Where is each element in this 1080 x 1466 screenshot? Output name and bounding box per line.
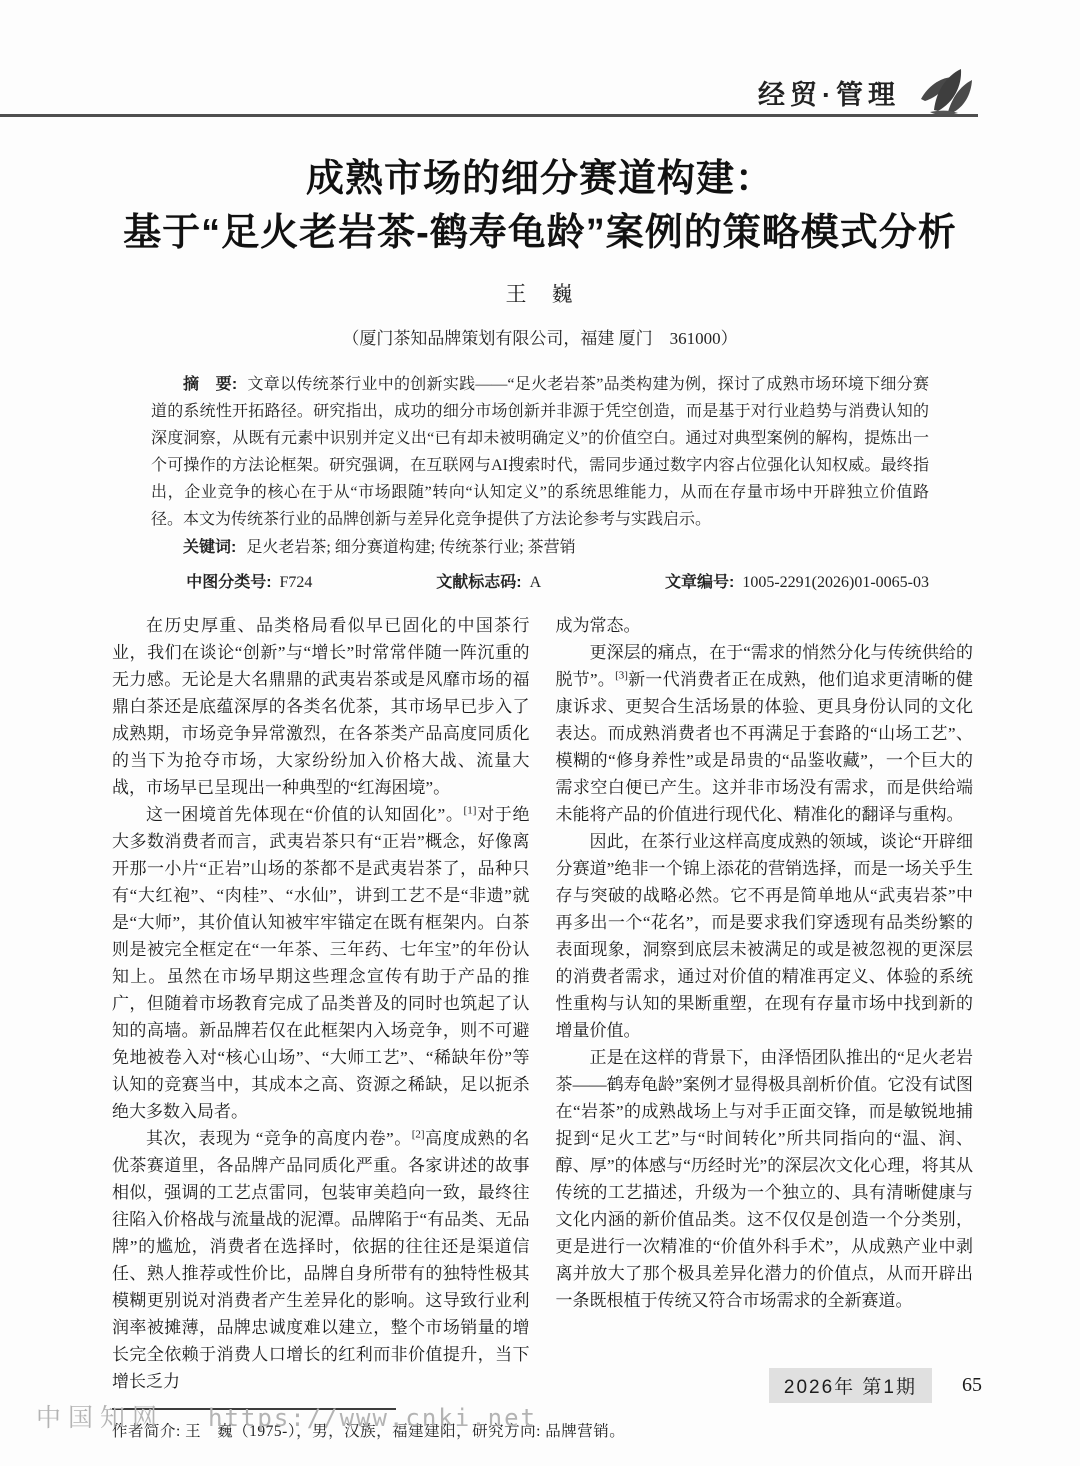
abstract: 摘 要:文章以传统茶行业中的创新实践——“足火老岩茶”品类构建为例，探讨了成熟市…: [151, 371, 929, 533]
issue-badge: 2026年 第1期: [769, 1368, 932, 1403]
citation-ref: [2]: [412, 1128, 425, 1140]
abstract-block: 摘 要:文章以传统茶行业中的创新实践——“足火老岩茶”品类构建为例，探讨了成熟市…: [151, 371, 929, 596]
document-code: 文献标志码:A: [436, 569, 541, 596]
tea-leaf-icon: [918, 66, 980, 118]
affiliation: （厦门茶知品牌策划有限公司，福建 厦门 361000）: [0, 324, 1080, 349]
body-paragraph: 这一困境首先体现在“价值的认知固化”。[1]对于绝大多数消费者而言，武夷岩茶只有…: [112, 801, 530, 1125]
title-line-2: 基于“足火老岩茶-鹤寿龟龄”案例的策略模式分析: [0, 206, 1080, 260]
citation-ref: [1]: [464, 804, 477, 816]
title-line-1: 成熟市场的细分赛道构建：: [0, 152, 1080, 206]
page-header: 经贸·管理: [758, 66, 980, 118]
article-body: 在历史厚重、品类格局看似早已固化的中国茶行业，我们在谈论“创新”与“增长”时常常…: [112, 612, 973, 1395]
body-column-left: 在历史厚重、品类格局看似早已固化的中国茶行业，我们在谈论“创新”与“增长”时常常…: [112, 612, 530, 1395]
keywords: 关键词:足火老岩茶; 细分赛道构建; 传统茶行业; 茶营销: [151, 534, 929, 561]
body-paragraph: 更深层的痛点，在于“需求的悄然分化与传统供给的脱节”。[3]新一代消费者正在成熟…: [556, 639, 974, 828]
section-label: 经贸·管理: [758, 73, 900, 112]
article-id: 文章编号:1005-2291(2026)01-0065-03: [665, 569, 929, 596]
author-name: 王 巍: [0, 278, 1080, 308]
cnki-watermark: 中国知网 https://www.cnki.net: [36, 1398, 537, 1434]
clc-number: 中图分类号:F724: [186, 569, 312, 596]
journal-page: 经贸·管理 成熟市场的细分赛道构建： 基于“足火老岩茶-鹤寿龟龄”案例的策略模式…: [0, 0, 1080, 1466]
article-id-value: 1005-2291(2026)01-0065-03: [742, 574, 929, 591]
page-number: 65: [962, 1374, 982, 1397]
document-code-label: 文献标志码:: [436, 574, 521, 591]
cnki-url: https://www.cnki.net: [208, 1404, 537, 1432]
header-rule: [0, 114, 978, 117]
body-paragraph: 在历史厚重、品类格局看似早已固化的中国茶行业，我们在谈论“创新”与“增长”时常常…: [112, 612, 530, 801]
keywords-text: 足火老岩茶; 细分赛道构建; 传统茶行业; 茶营销: [246, 539, 575, 556]
body-column-right: 成为常态。更深层的痛点，在于“需求的悄然分化与传统供给的脱节”。[3]新一代消费…: [556, 612, 974, 1395]
body-paragraph: 成为常态。: [556, 612, 974, 639]
article-title: 成熟市场的细分赛道构建： 基于“足火老岩茶-鹤寿龟龄”案例的策略模式分析: [0, 152, 1080, 260]
page-footer: 2026年 第1期 65: [769, 1368, 982, 1403]
clc-label: 中图分类号:: [186, 574, 271, 591]
body-paragraph: 其次，表现为 “竞争的高度内卷”。[2]高度成熟的名优茶赛道里，各品牌产品同质化…: [112, 1125, 530, 1395]
citation-ref: [3]: [615, 669, 628, 681]
abstract-text: 文章以传统茶行业中的创新实践——“足火老岩茶”品类构建为例，探讨了成熟市场环境下…: [151, 376, 929, 528]
cnki-site-name: 中国知网: [36, 1398, 164, 1434]
keywords-label: 关键词:: [183, 539, 236, 556]
body-paragraph: 正是在这样的背景下，由泽悟团队推出的“足火老岩茶——鹤寿龟龄”案例才显得极具剖析…: [556, 1044, 974, 1314]
article-id-label: 文章编号:: [665, 574, 734, 591]
document-code-value: A: [530, 574, 542, 591]
abstract-label: 摘 要:: [183, 376, 237, 393]
meta-row: 中图分类号:F724 文献标志码:A 文章编号:1005-2291(2026)0…: [151, 569, 929, 596]
clc-value: F724: [280, 574, 313, 591]
body-paragraph: 因此，在茶行业这样高度成熟的领域，谈论“开辟细分赛道”绝非一个锦上添花的营销选择…: [556, 828, 974, 1044]
